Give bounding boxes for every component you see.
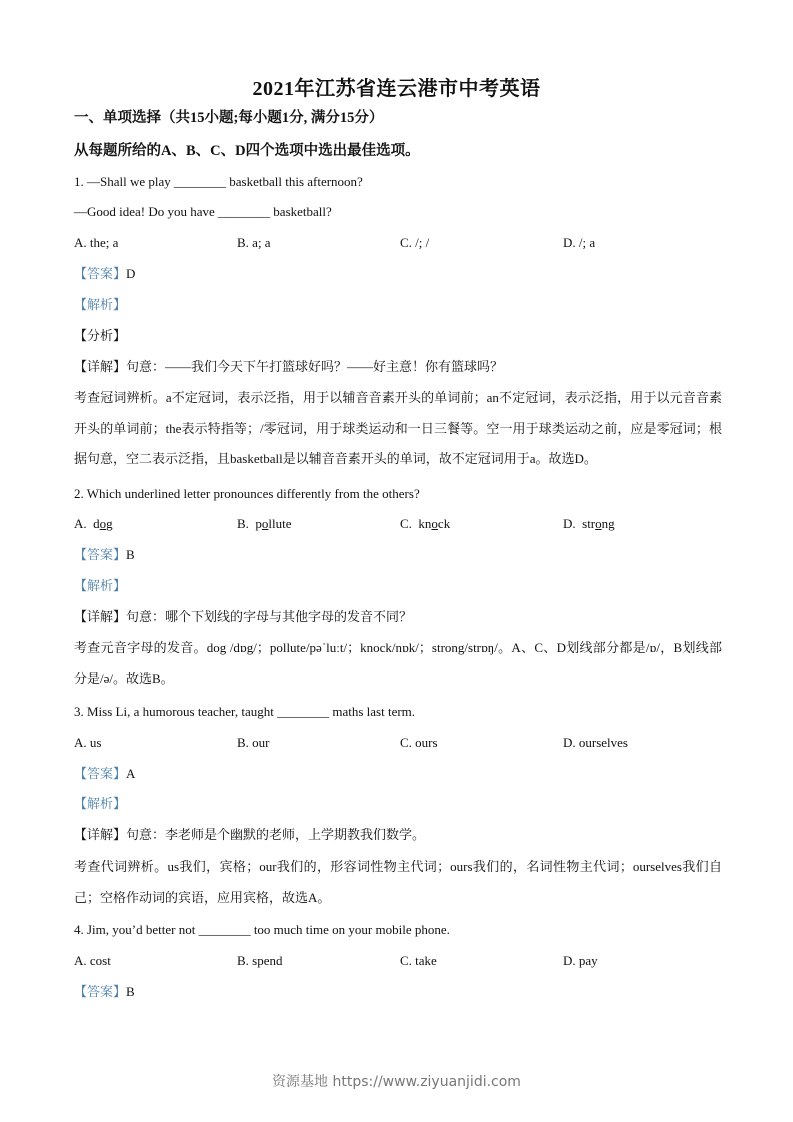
q2-analysis-tag: 【解析】	[74, 578, 126, 594]
answer-tag: 【答案】	[74, 266, 126, 281]
document-title: 2021年江苏省连云港市中考英语	[0, 72, 793, 101]
q3-detail: 【详解】句意：李老师是个幽默的老师，上学期教我们数学。	[74, 827, 425, 843]
q2-option-a: A. dog	[74, 516, 113, 532]
q4-stem: 4. Jim, you’d better not ________ too mu…	[74, 922, 450, 938]
q3-answer: 【答案】A	[74, 766, 135, 782]
q3-explanation: 考查代词辨析。us我们，宾格；our我们的，形容词性物主代词；ours我们的，名…	[74, 852, 722, 913]
q4-option-c: C. take	[400, 953, 437, 969]
q3-option-a: A. us	[74, 735, 101, 751]
q3-analysis-tag: 【解析】	[74, 796, 126, 812]
q2-detail-text: 句意：哪个下划线的字母与其他字母的发音不同？	[126, 609, 412, 624]
q1-option-b: B. a; a	[237, 235, 271, 251]
section-heading: 一、单项选择（共15小题;每小题1分, 满分15分）	[74, 110, 383, 126]
q4-answer-value: B	[126, 984, 135, 999]
document-page: 2021年江苏省连云港市中考英语 一、单项选择（共15小题;每小题1分, 满分1…	[0, 0, 793, 1122]
q2-option-c: C. knock	[400, 516, 450, 532]
q3-stem: 3. Miss Li, a humorous teacher, taught _…	[74, 704, 415, 720]
detail-tag: 【详解】	[74, 359, 126, 374]
q2-stem: 2. Which underlined letter pronounces di…	[74, 486, 420, 502]
q1-stem-2: —Good idea! Do you have ________ basketb…	[74, 204, 332, 220]
q3-option-c: C. ours	[400, 735, 438, 751]
detail-tag: 【详解】	[74, 827, 126, 842]
answer-tag: 【答案】	[74, 547, 126, 562]
q4-option-a: A. cost	[74, 953, 111, 969]
q3-detail-text: 句意：李老师是个幽默的老师，上学期教我们数学。	[126, 827, 425, 842]
q4-option-b: B. spend	[237, 953, 283, 969]
q2-detail: 【详解】句意：哪个下划线的字母与其他字母的发音不同？	[74, 609, 412, 625]
q1-explanation: 考查冠词辨析。a不定冠词，表示泛指，用于以辅音音素开头的单词前；an不定冠词，表…	[74, 383, 722, 475]
q1-detail-text: 句意：——我们今天下午打篮球好吗？——好主意！你有篮球吗？	[126, 359, 503, 374]
q3-option-d: D. ourselves	[563, 735, 628, 751]
q4-answer: 【答案】B	[74, 984, 135, 1000]
detail-tag: 【详解】	[74, 609, 126, 624]
answer-tag: 【答案】	[74, 984, 126, 999]
q1-analysis-tag: 【解析】	[74, 297, 126, 313]
q1-detail: 【详解】句意：——我们今天下午打篮球好吗？——好主意！你有篮球吗？	[74, 359, 503, 375]
q1-option-c: C. /; /	[400, 235, 429, 251]
q1-answer: 【答案】D	[74, 266, 135, 282]
q4-option-d: D. pay	[563, 953, 598, 969]
q3-answer-value: A	[126, 766, 135, 781]
q1-option-d: D. /; a	[563, 235, 595, 251]
q1-fenxi-tag: 【分析】	[74, 328, 126, 344]
q2-option-b: B. pollute	[237, 516, 292, 532]
answer-tag: 【答案】	[74, 766, 126, 781]
q2-answer: 【答案】B	[74, 547, 135, 563]
q1-stem: 1. —Shall we play ________ basketball th…	[74, 174, 363, 190]
q3-option-b: B. our	[237, 735, 270, 751]
q1-option-a: A. the; a	[74, 235, 118, 251]
q1-answer-value: D	[126, 266, 135, 281]
footer-watermark: 资源基地 https://www.ziyuanjidi.com	[0, 1071, 793, 1091]
q2-answer-value: B	[126, 547, 135, 562]
q2-explanation: 考查元音字母的发音。dog /dɒg/；pollute/pəˈluːt/；kno…	[74, 633, 722, 694]
section-instruction: 从每题所给的A、B、C、D四个选项中选出最佳选项。	[74, 143, 420, 159]
q2-option-d: D. strong	[563, 516, 615, 532]
